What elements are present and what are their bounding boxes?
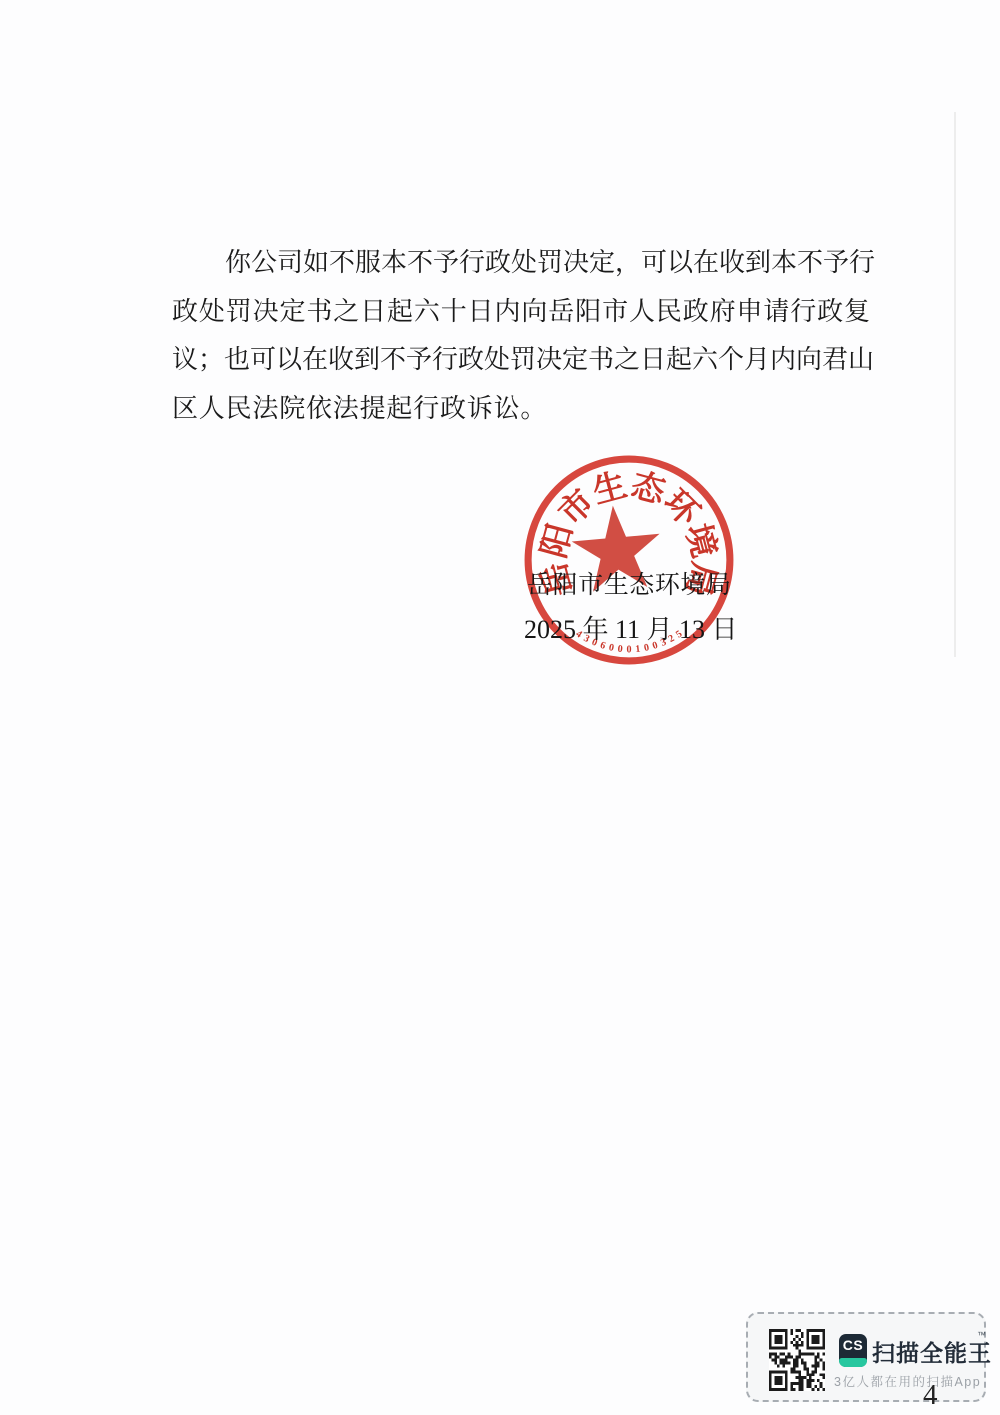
agency-name: 岳阳市生态环境局 [527, 569, 731, 603]
trademark-symbol: ™ [977, 1330, 986, 1340]
camscanner-logo: CS [839, 1334, 867, 1367]
paragraph-line-2: 政处罚决定书之日起六十日内向岳阳市人民政府申请行政复 [172, 288, 870, 337]
brand-name: 扫描全能王 [872, 1335, 992, 1368]
logo-accent-band [839, 1358, 867, 1367]
page-number: 4 [923, 1379, 938, 1412]
camscanner-watermark: CS 扫描全能王 ™ 3亿人都在用的扫描App [746, 1312, 986, 1402]
paragraph-line-1: 你公司如不服本不予行政处罚决定，可以在收到本不予行 [172, 239, 870, 288]
document-page: 你公司如不服本不予行政处罚决定，可以在收到本不予行 政处罚决定书之日起六十日内向… [0, 0, 1000, 1415]
paragraph-line-4: 区人民法院依法提起行政诉讼。 [172, 385, 870, 434]
decision-paragraph: 你公司如不服本不予行政处罚决定，可以在收到本不予行 政处罚决定书之日起六十日内向… [172, 239, 870, 433]
paragraph-line-3: 议；也可以在收到不予行政处罚决定书之日起六个月内向君山 [172, 336, 870, 385]
logo-cs-text: CS [839, 1337, 867, 1353]
scan-artifact-line [954, 112, 956, 657]
signature-date: 2025 年 11 月 13 日 [524, 613, 728, 647]
qr-code [769, 1329, 825, 1391]
brand-tagline: 3亿人都在用的扫描App [834, 1372, 981, 1390]
